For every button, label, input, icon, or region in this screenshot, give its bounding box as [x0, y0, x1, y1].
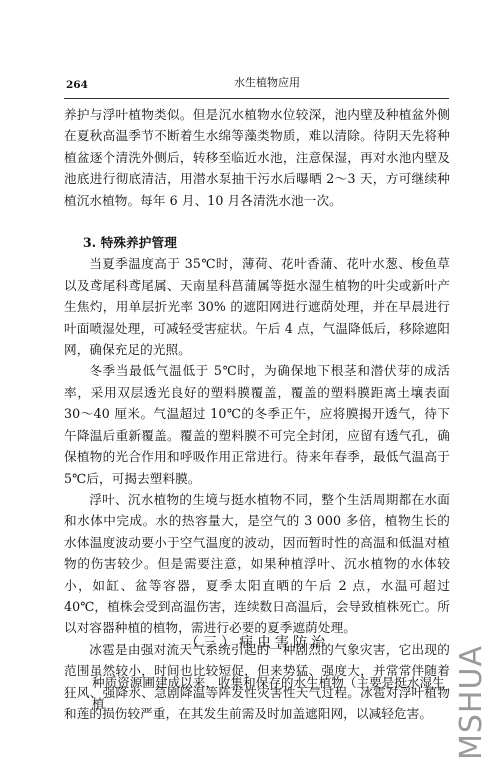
paragraph-floating-submerged: 浮叶、沉水植物的生境与挺水植物不同，整个生活周期都在水面和水体中完成。水的热容量…: [64, 489, 450, 639]
paragraph-winter-cold: 冬季当最低气温低于 5℃时，为确保地下根茎和潜伏芽的成活率，采用双层透光良好的塑…: [64, 360, 450, 488]
paragraph-pest-control-start: 种质资源圃建成以来，收集和保存的水生植物（主要是挺水湿生植: [92, 672, 452, 714]
page-number: 264: [66, 78, 88, 92]
watermark: MSHUA: [452, 650, 492, 760]
paragraph-continuation: 养护与浮叶植物类似。但是沉水植物水位较深，池内壁及种植盆外侧在夏秋高温季节不断着…: [64, 104, 450, 211]
page-header: 264 水生植物应用: [64, 76, 449, 94]
document-page: 264 水生植物应用 养护与浮叶植物类似。但是沉水植物水位较深，池内壁及种植盆外…: [0, 0, 492, 770]
section-heading: （三）病虫害防治: [64, 632, 450, 652]
subheading-special-care: 3. 特殊养护管理: [64, 232, 450, 253]
running-title: 水生植物应用: [234, 76, 300, 90]
paragraph-summer-heat: 当夏季温度高于 35℃时，薄荷、花叶香蒲、花叶水葱、梭鱼草以及鸢尾科鸢尾属、天南…: [64, 253, 450, 360]
header-rule: [64, 98, 449, 99]
